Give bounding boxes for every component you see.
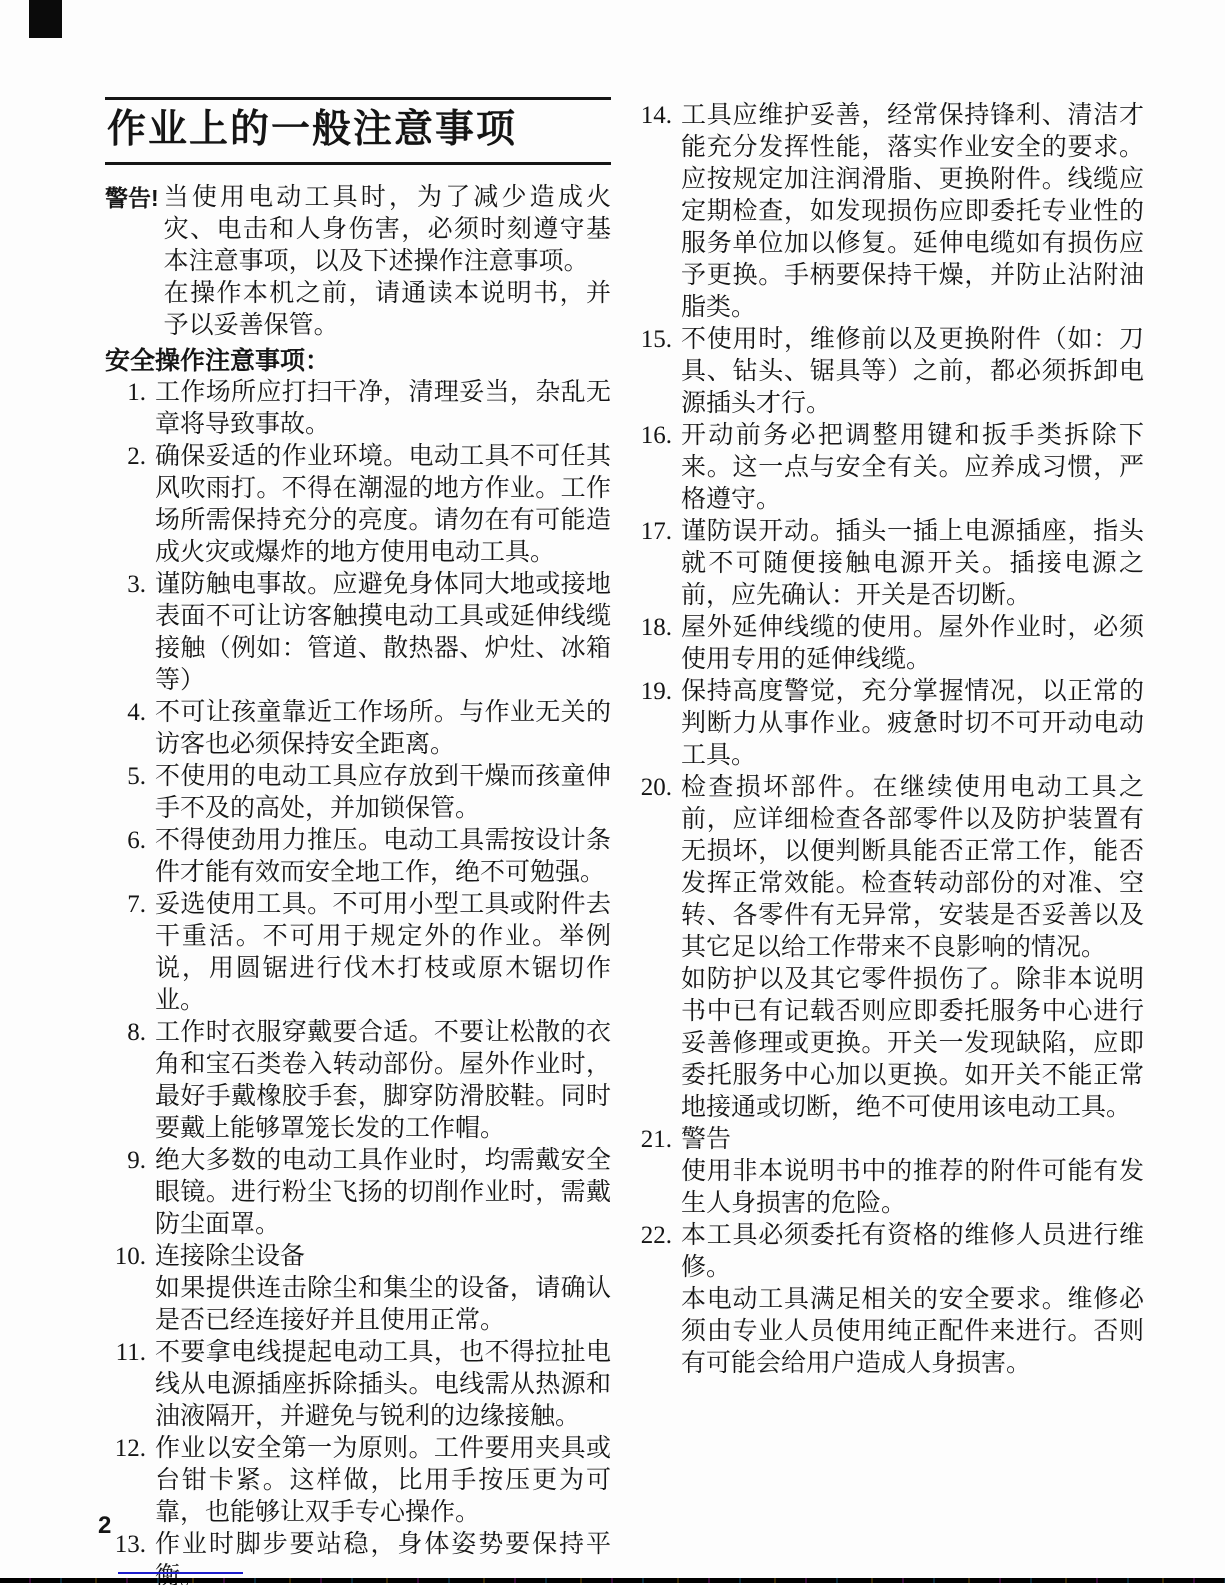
item-text: 连接除尘设备 xyxy=(155,1241,611,1273)
item-text: 作业时脚步要站稳，身体姿势要保持平衡。 xyxy=(155,1529,611,1585)
list-item: 7. 妥选使用工具。不可用小型工具或附件去干重活。不可用于规定外的作业。举例说，… xyxy=(105,889,611,1017)
list-item: 19. 保持高度警觉，充分掌握情况，以正常的判断力从事作业。疲惫时切不可开动电动… xyxy=(631,676,1144,772)
item-number: 17. xyxy=(631,516,681,548)
list-item: 18. 屋外延伸线缆的使用。屋外作业时，必须使用专用的延伸线缆。 xyxy=(631,612,1144,676)
list-item: 10. 连接除尘设备如果提供连击除尘和集尘的设备，请确认是否已经连接好并且使用正… xyxy=(105,1241,611,1337)
list-item: 2. 确保妥适的作业环境。电动工具不可任其风吹雨打。不得在潮湿的地方作业。工作场… xyxy=(105,441,611,569)
item-body: 开动前务必把调整用键和扳手类拆除下来。这一点与安全有关。应养成习惯，严格遵守。 xyxy=(681,420,1144,516)
item-text: 确保妥适的作业环境。电动工具不可任其风吹雨打。不得在潮湿的地方作业。工作场所需保… xyxy=(155,441,611,569)
item-text: 本电动工具满足相关的安全要求。维修必须由专业人员使用纯正配件来进行。否则有可能会… xyxy=(681,1284,1144,1380)
list-item: 3. 谨防触电事故。应避免身体同大地或接地表面不可让访客触摸电动工具或延伸线缆接… xyxy=(105,569,611,697)
item-number: 10. xyxy=(105,1241,155,1273)
item-body: 工作时衣服穿戴要合适。不要让松散的衣角和宝石类卷入转动部份。屋外作业时，最好手戴… xyxy=(155,1017,611,1145)
item-text: 开动前务必把调整用键和扳手类拆除下来。这一点与安全有关。应养成习惯，严格遵守。 xyxy=(681,420,1144,516)
list-item: 13. 作业时脚步要站稳，身体姿势要保持平衡。 xyxy=(105,1529,611,1585)
item-body: 连接除尘设备如果提供连击除尘和集尘的设备，请确认是否已经连接好并且使用正常。 xyxy=(155,1241,611,1337)
item-number: 16. xyxy=(631,420,681,452)
item-body: 作业时脚步要站稳，身体姿势要保持平衡。 xyxy=(155,1529,611,1585)
list-item: 21. 警告使用非本说明书中的推荐的附件可能有发生人身损害的危险。 xyxy=(631,1124,1144,1220)
item-number: 22. xyxy=(631,1220,681,1252)
warning-text: 当使用电动工具时，为了减少造成火灾、电击和人身伤害，必须时刻遵守基本注意事项，以… xyxy=(164,182,611,278)
list-item: 8. 工作时衣服穿戴要合适。不要让松散的衣角和宝石类卷入转动部份。屋外作业时，最… xyxy=(105,1017,611,1145)
item-number: 8. xyxy=(105,1017,155,1049)
item-body: 工作场所应打扫干净，清理妥当，杂乱无章将导致事故。 xyxy=(155,377,611,441)
item-body: 谨防触电事故。应避免身体同大地或接地表面不可让访客触摸电动工具或延伸线缆接触（例… xyxy=(155,569,611,697)
item-text: 本工具必须委托有资格的维修人员进行维修。 xyxy=(681,1220,1144,1284)
item-text: 谨防误开动。插头一插上电源插座，指头就不可随便接触电源开关。插接电源之前，应先确… xyxy=(681,516,1144,612)
list-item: 17. 谨防误开动。插头一插上电源插座，指头就不可随便接触电源开关。插接电源之前… xyxy=(631,516,1144,612)
item-number: 12. xyxy=(105,1433,155,1465)
item-body: 不要拿电线提起电动工具，也不得拉扯电线从电源插座拆除插头。电线需从热源和油液隔开… xyxy=(155,1337,611,1433)
item-text: 警告 xyxy=(681,1124,1144,1156)
item-body: 不使用的电动工具应存放到干燥而孩童伸手不及的高处，并加锁保管。 xyxy=(155,761,611,825)
item-body: 确保妥适的作业环境。电动工具不可任其风吹雨打。不得在潮湿的地方作业。工作场所需保… xyxy=(155,441,611,569)
item-body: 不得使劲用力推压。电动工具需按设计条件才能有效而安全地工作，绝不可勉强。 xyxy=(155,825,611,889)
item-number: 7. xyxy=(105,889,155,921)
item-body: 作业以安全第一为原则。工件要用夹具或台钳卡紧。这样做，比用手按压更为可靠，也能够… xyxy=(155,1433,611,1529)
item-number: 18. xyxy=(631,612,681,644)
item-text: 如果提供连击除尘和集尘的设备，请确认是否已经连接好并且使用正常。 xyxy=(155,1273,611,1337)
right-column: 14. 工具应维护妥善，经常保持锋利、清洁才能充分发挥性能，落实作业安全的要求。… xyxy=(631,100,1144,1380)
item-number: 2. xyxy=(105,441,155,473)
item-number: 15. xyxy=(631,324,681,356)
page-title: 作业上的一般注意事项 xyxy=(107,109,609,151)
item-number: 3. xyxy=(105,569,155,601)
item-body: 绝大多数的电动工具作业时，均需戴安全眼镜。进行粉尘飞扬的切削作业时，需戴防尘面罩… xyxy=(155,1145,611,1241)
item-number: 19. xyxy=(631,676,681,708)
list-item: 16. 开动前务必把调整用键和扳手类拆除下来。这一点与安全有关。应养成习惯，严格… xyxy=(631,420,1144,516)
list-item: 5. 不使用的电动工具应存放到干燥而孩童伸手不及的高处，并加锁保管。 xyxy=(105,761,611,825)
list-item: 20. 检查损坏部件。在继续使用电动工具之前，应详细检查各部零件以及防护装置有无… xyxy=(631,772,1144,1124)
item-text: 屋外延伸线缆的使用。屋外作业时，必须使用专用的延伸线缆。 xyxy=(681,612,1144,676)
item-text: 作业以安全第一为原则。工件要用夹具或台钳卡紧。这样做，比用手按压更为可靠，也能够… xyxy=(155,1433,611,1529)
safety-items-1-13: 1. 工作场所应打扫干净，清理妥当，杂乱无章将导致事故。 2. 确保妥适的作业环… xyxy=(105,377,611,1585)
item-body: 保持高度警觉，充分掌握情况，以正常的判断力从事作业。疲惫时切不可开动电动工具。 xyxy=(681,676,1144,772)
item-text: 使用非本说明书中的推荐的附件可能有发生人身损害的危险。 xyxy=(681,1156,1144,1220)
item-body: 本工具必须委托有资格的维修人员进行维修。本电动工具满足相关的安全要求。维修必须由… xyxy=(681,1220,1144,1380)
warning-text: 在操作本机之前，请通读本说明书，并予以妥善保管。 xyxy=(164,278,611,342)
item-body: 谨防误开动。插头一插上电源插座，指头就不可随便接触电源开关。插接电源之前，应先确… xyxy=(681,516,1144,612)
item-number: 9. xyxy=(105,1145,155,1177)
item-text: 保持高度警觉，充分掌握情况，以正常的判断力从事作业。疲惫时切不可开动电动工具。 xyxy=(681,676,1144,772)
item-text: 工具应维护妥善，经常保持锋利、清洁才能充分发挥性能，落实作业安全的要求。应按规定… xyxy=(681,100,1144,324)
item-number: 20. xyxy=(631,772,681,804)
item-text: 工作时衣服穿戴要合适。不要让松散的衣角和宝石类卷入转动部份。屋外作业时，最好手戴… xyxy=(155,1017,611,1145)
item-text: 工作场所应打扫干净，清理妥当，杂乱无章将导致事故。 xyxy=(155,377,611,441)
list-item: 15. 不使用时，维修前以及更换附件（如：刀具、钻头、锯具等）之前，都必须拆卸电… xyxy=(631,324,1144,420)
list-item: 6. 不得使劲用力推压。电动工具需按设计条件才能有效而安全地工作，绝不可勉强。 xyxy=(105,825,611,889)
left-column: 作业上的一般注意事项 警告! 当使用电动工具时，为了减少造成火灾、电击和人身伤害… xyxy=(105,97,611,1585)
list-item: 12. 作业以安全第一为原则。工件要用夹具或台钳卡紧。这样做，比用手按压更为可靠… xyxy=(105,1433,611,1529)
item-body: 不使用时，维修前以及更换附件（如：刀具、钻头、锯具等）之前，都必须拆卸电源插头才… xyxy=(681,324,1144,420)
list-item: 1. 工作场所应打扫干净，清理妥当，杂乱无章将导致事故。 xyxy=(105,377,611,441)
item-number: 21. xyxy=(631,1124,681,1156)
list-item: 4. 不可让孩童靠近工作场所。与作业无关的访客也必须保持安全距离。 xyxy=(105,697,611,761)
item-text: 如防护以及其它零件损伤了。除非本说明书中已有记载否则应即委托服务中心进行妥善修理… xyxy=(681,964,1144,1124)
item-number: 4. xyxy=(105,697,155,729)
item-body: 检查损坏部件。在继续使用电动工具之前，应详细检查各部零件以及防护装置有无损坏，以… xyxy=(681,772,1144,1124)
item-text: 检查损坏部件。在继续使用电动工具之前，应详细检查各部零件以及防护装置有无损坏，以… xyxy=(681,772,1144,964)
item-body: 屋外延伸线缆的使用。屋外作业时，必须使用专用的延伸线缆。 xyxy=(681,612,1144,676)
item-text: 不使用的电动工具应存放到干燥而孩童伸手不及的高处，并加锁保管。 xyxy=(155,761,611,825)
item-number: 6. xyxy=(105,825,155,857)
item-body: 妥选使用工具。不可用小型工具或附件去干重活。不可用于规定外的作业。举例说，用圆锯… xyxy=(155,889,611,1017)
item-number: 11. xyxy=(105,1337,155,1369)
manual-page: 作业上的一般注意事项 警告! 当使用电动工具时，为了减少造成火灾、电击和人身伤害… xyxy=(0,0,1225,1585)
item-text: 妥选使用工具。不可用小型工具或附件去干重活。不可用于规定外的作业。举例说，用圆锯… xyxy=(155,889,611,1017)
warning-body: 当使用电动工具时，为了减少造成火灾、电击和人身伤害，必须时刻遵守基本注意事项，以… xyxy=(164,182,611,342)
page-number: 2 xyxy=(98,1512,111,1540)
item-text: 不使用时，维修前以及更换附件（如：刀具、钻头、锯具等）之前，都必须拆卸电源插头才… xyxy=(681,324,1144,420)
item-number: 13. xyxy=(105,1529,155,1561)
safety-items-14-22: 14. 工具应维护妥善，经常保持锋利、清洁才能充分发挥性能，落实作业安全的要求。… xyxy=(631,100,1144,1380)
item-text: 谨防触电事故。应避免身体同大地或接地表面不可让访客触摸电动工具或延伸线缆接触（例… xyxy=(155,569,611,697)
item-number: 1. xyxy=(105,377,155,409)
warning-label: 警告! xyxy=(105,182,164,342)
item-number: 5. xyxy=(105,761,155,793)
section-heading: 安全操作注意事项： xyxy=(105,345,611,377)
list-item: 14. 工具应维护妥善，经常保持锋利、清洁才能充分发挥性能，落实作业安全的要求。… xyxy=(631,100,1144,324)
item-text: 不得使劲用力推压。电动工具需按设计条件才能有效而安全地工作，绝不可勉强。 xyxy=(155,825,611,889)
item-number: 14. xyxy=(631,100,681,132)
item-body: 工具应维护妥善，经常保持锋利、清洁才能充分发挥性能，落实作业安全的要求。应按规定… xyxy=(681,100,1144,324)
list-item: 11. 不要拿电线提起电动工具，也不得拉扯电线从电源插座拆除插头。电线需从热源和… xyxy=(105,1337,611,1433)
item-text: 不可让孩童靠近工作场所。与作业无关的访客也必须保持安全距离。 xyxy=(155,697,611,761)
list-item: 22. 本工具必须委托有资格的维修人员进行维修。本电动工具满足相关的安全要求。维… xyxy=(631,1220,1144,1380)
warning-paragraph: 警告! 当使用电动工具时，为了减少造成火灾、电击和人身伤害，必须时刻遵守基本注意… xyxy=(105,182,611,342)
item-body: 警告使用非本说明书中的推荐的附件可能有发生人身损害的危险。 xyxy=(681,1124,1144,1220)
item-text: 绝大多数的电动工具作业时，均需戴安全眼镜。进行粉尘飞扬的切削作业时，需戴防尘面罩… xyxy=(155,1145,611,1241)
scan-bottom-edge-artifact xyxy=(0,1578,1225,1583)
item-body: 不可让孩童靠近工作场所。与作业无关的访客也必须保持安全距离。 xyxy=(155,697,611,761)
title-block: 作业上的一般注意事项 xyxy=(105,97,611,165)
item-text: 不要拿电线提起电动工具，也不得拉扯电线从电源插座拆除插头。电线需从热源和油液隔开… xyxy=(155,1337,611,1433)
list-item: 9. 绝大多数的电动工具作业时，均需戴安全眼镜。进行粉尘飞扬的切削作业时，需戴防… xyxy=(105,1145,611,1241)
footer-divider-line xyxy=(118,1572,243,1574)
scan-corner-artifact xyxy=(29,0,62,38)
